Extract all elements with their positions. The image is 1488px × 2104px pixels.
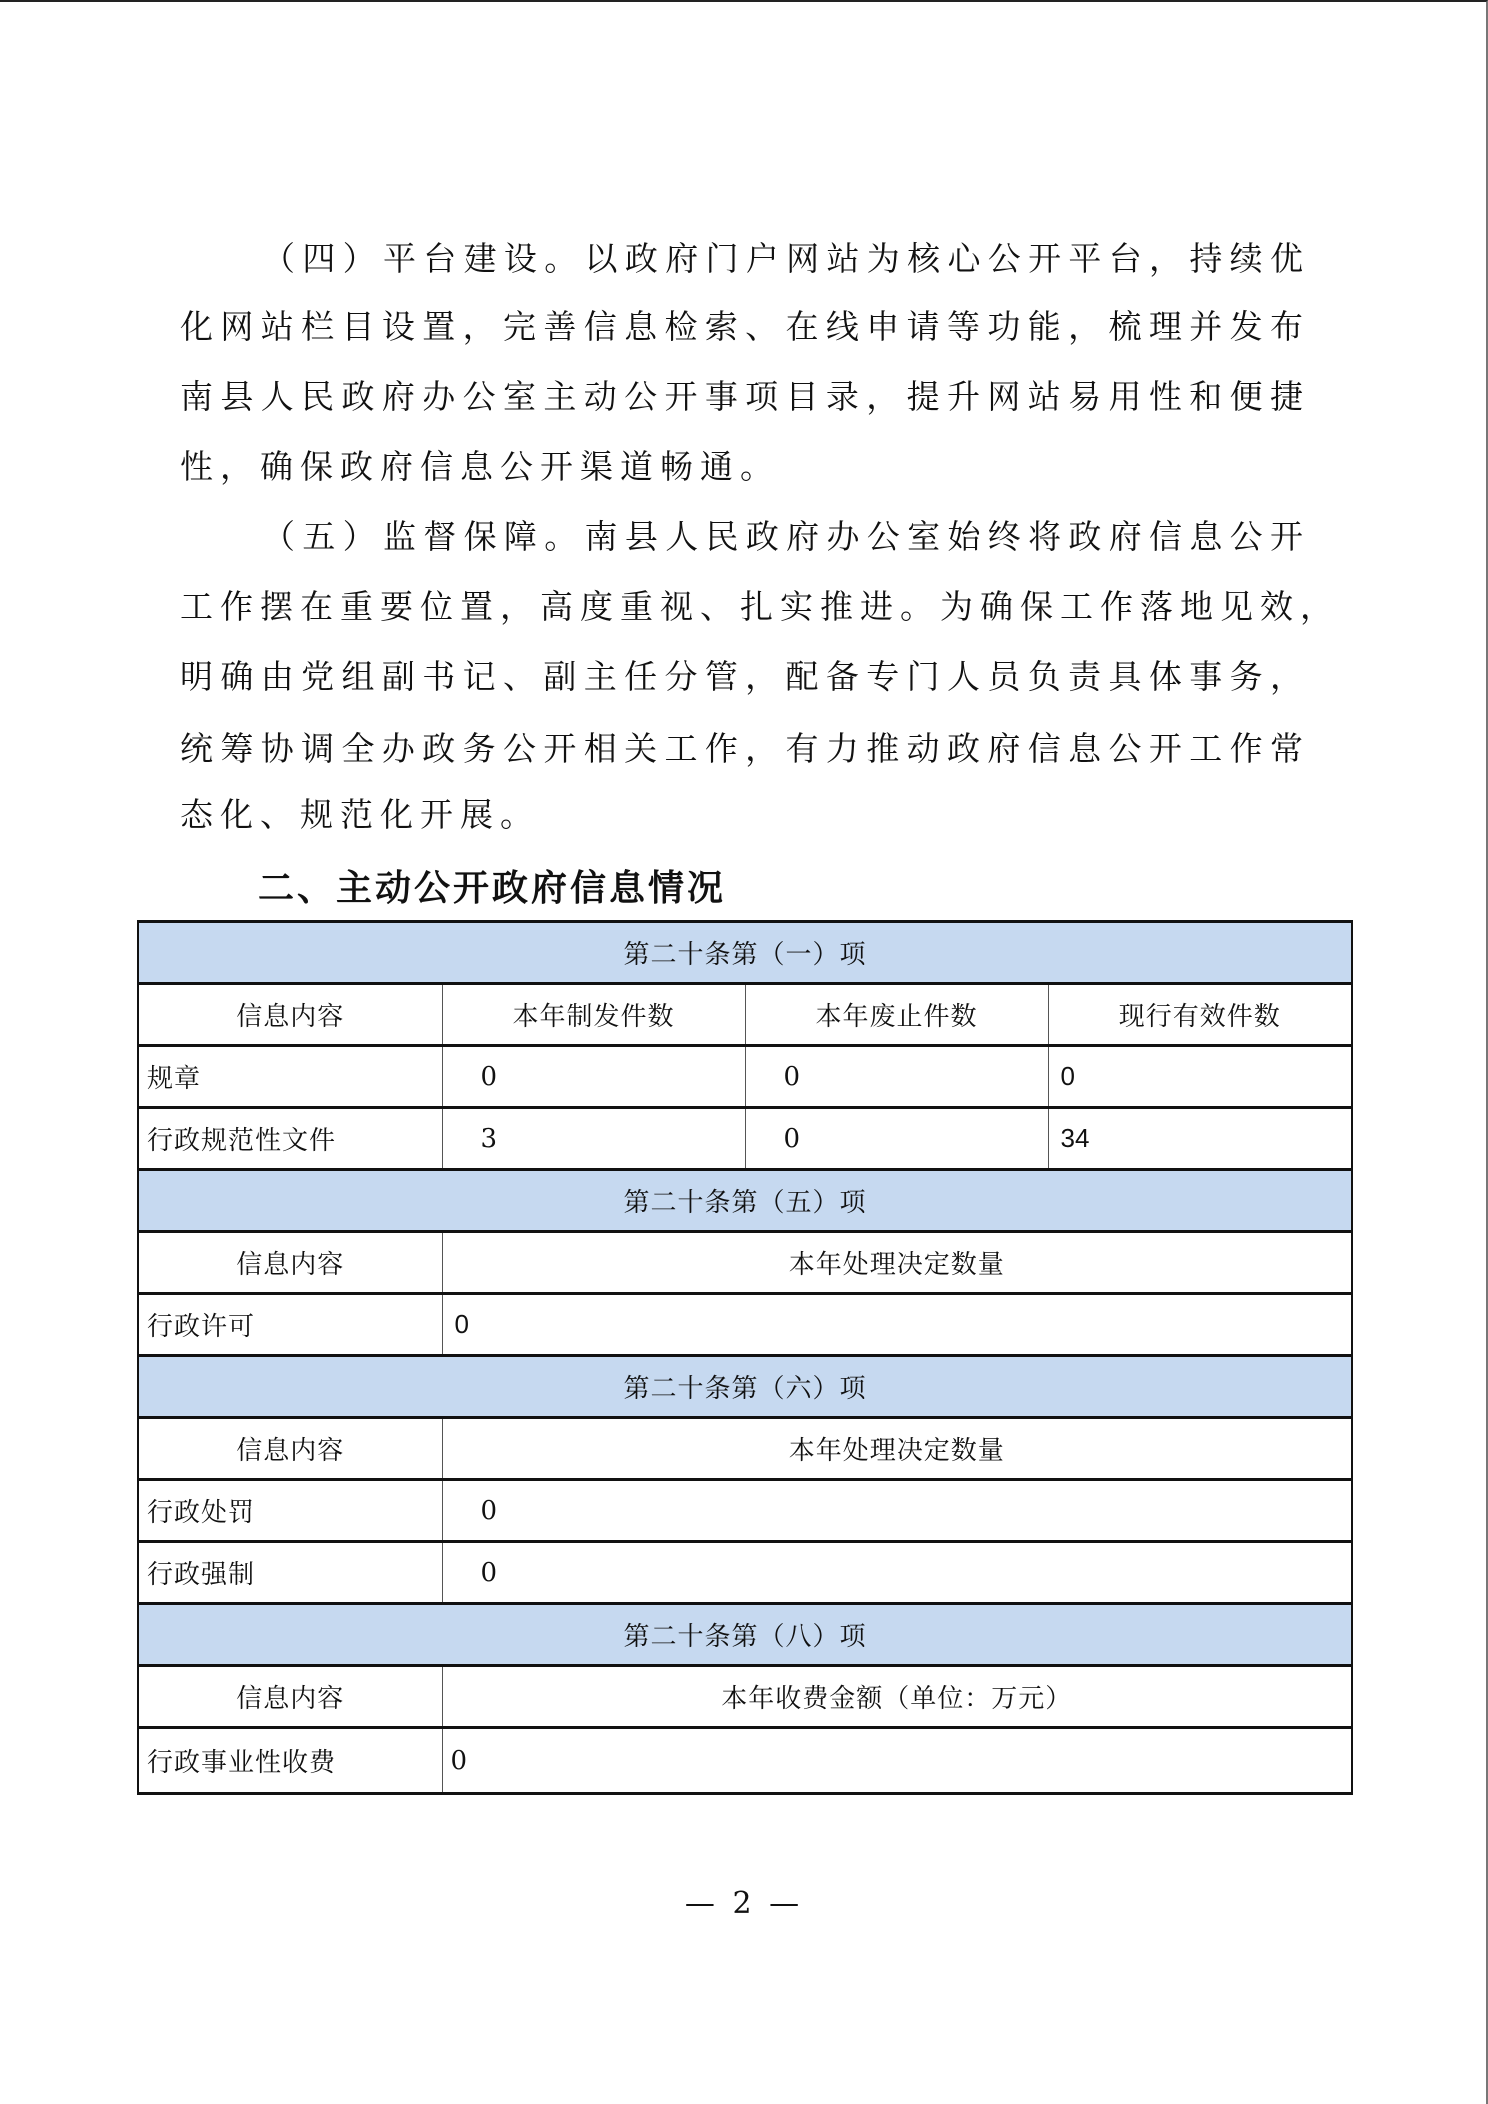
column-header: 本年收费金额（单位：万元）: [442, 1666, 1352, 1728]
column-header-row: 信息内容 本年制发件数 本年废止件数 现行有效件数: [138, 984, 1352, 1046]
column-header-row: 信息内容 本年处理决定数量: [138, 1418, 1352, 1480]
cell-value: 0: [442, 1728, 1352, 1794]
cell-value: 34: [1048, 1108, 1352, 1170]
table-row: 行政处罚 0: [138, 1480, 1352, 1542]
paragraph-line: 工作摆在重要位置，高度重视、扎实推进。为确保工作落地见效，: [180, 587, 1310, 627]
table-row: 行政强制 0: [138, 1542, 1352, 1604]
section-title: 第二十条第（六）项: [138, 1356, 1352, 1418]
paragraph-line: 南县人民政府办公室主动公开事项目录，提升网站易用性和便捷: [180, 377, 1310, 417]
row-label: 行政许可: [138, 1294, 442, 1356]
row-label: 行政处罚: [138, 1480, 442, 1542]
cell-value: 0: [442, 1480, 1352, 1542]
section-header-row: 第二十条第（一）项: [138, 922, 1352, 984]
column-header: 信息内容: [138, 1418, 442, 1480]
cell-value: 0: [1048, 1046, 1352, 1108]
section-heading: 二、主动公开政府信息情况: [258, 866, 726, 912]
page-number: — 2 —: [0, 1886, 1488, 1922]
column-header-row: 信息内容 本年收费金额（单位：万元）: [138, 1666, 1352, 1728]
paragraph-line: 态化、规范化开展。: [180, 795, 1310, 835]
cell-value: 0: [745, 1046, 1048, 1108]
row-label: 行政事业性收费: [138, 1728, 442, 1794]
row-label: 规章: [138, 1046, 442, 1108]
cell-value: 0: [442, 1046, 745, 1108]
column-header: 本年废止件数: [745, 984, 1048, 1046]
section-title: 第二十条第（八）项: [138, 1604, 1352, 1666]
paragraph-line: （五）监督保障。南县人民政府办公室始终将政府信息公开: [262, 517, 1310, 557]
section-header-row: 第二十条第（五）项: [138, 1170, 1352, 1232]
table-row: 规章 0 0 0: [138, 1046, 1352, 1108]
paragraph-line: 化网站栏目设置，完善信息检索、在线申请等功能，梳理并发布: [180, 307, 1310, 347]
paragraph-line: 明确由党组副书记、副主任分管，配备专门人员负责具体事务，: [180, 657, 1310, 697]
table-row: 行政规范性文件 3 0 34: [138, 1108, 1352, 1170]
column-header: 现行有效件数: [1048, 984, 1352, 1046]
table-row: 行政许可 0: [138, 1294, 1352, 1356]
row-label: 行政规范性文件: [138, 1108, 442, 1170]
section-header-row: 第二十条第（八）项: [138, 1604, 1352, 1666]
column-header: 信息内容: [138, 984, 442, 1046]
cell-value: 0: [442, 1294, 1352, 1356]
paragraph-line: （四）平台建设。以政府门户网站为核心公开平台，持续优: [262, 239, 1310, 279]
paragraph-line: 性，确保政府信息公开渠道畅通。: [180, 447, 1310, 487]
column-header: 本年制发件数: [442, 984, 745, 1046]
section-header-row: 第二十条第（六）项: [138, 1356, 1352, 1418]
row-label: 行政强制: [138, 1542, 442, 1604]
paragraph-line: 统筹协调全办政务公开相关工作，有力推动政府信息公开工作常: [180, 729, 1310, 769]
column-header: 信息内容: [138, 1666, 442, 1728]
section-title: 第二十条第（一）项: [138, 922, 1352, 984]
section-title: 第二十条第（五）项: [138, 1170, 1352, 1232]
cell-value: 0: [442, 1542, 1352, 1604]
cell-value: 0: [745, 1108, 1048, 1170]
column-header: 本年处理决定数量: [442, 1232, 1352, 1294]
column-header-row: 信息内容 本年处理决定数量: [138, 1232, 1352, 1294]
cell-value: 3: [442, 1108, 745, 1170]
table-row: 行政事业性收费 0: [138, 1728, 1352, 1794]
column-header: 本年处理决定数量: [442, 1418, 1352, 1480]
column-header: 信息内容: [138, 1232, 442, 1294]
disclosure-table: 第二十条第（一）项 信息内容 本年制发件数 本年废止件数 现行有效件数 规章 0…: [137, 920, 1353, 1795]
